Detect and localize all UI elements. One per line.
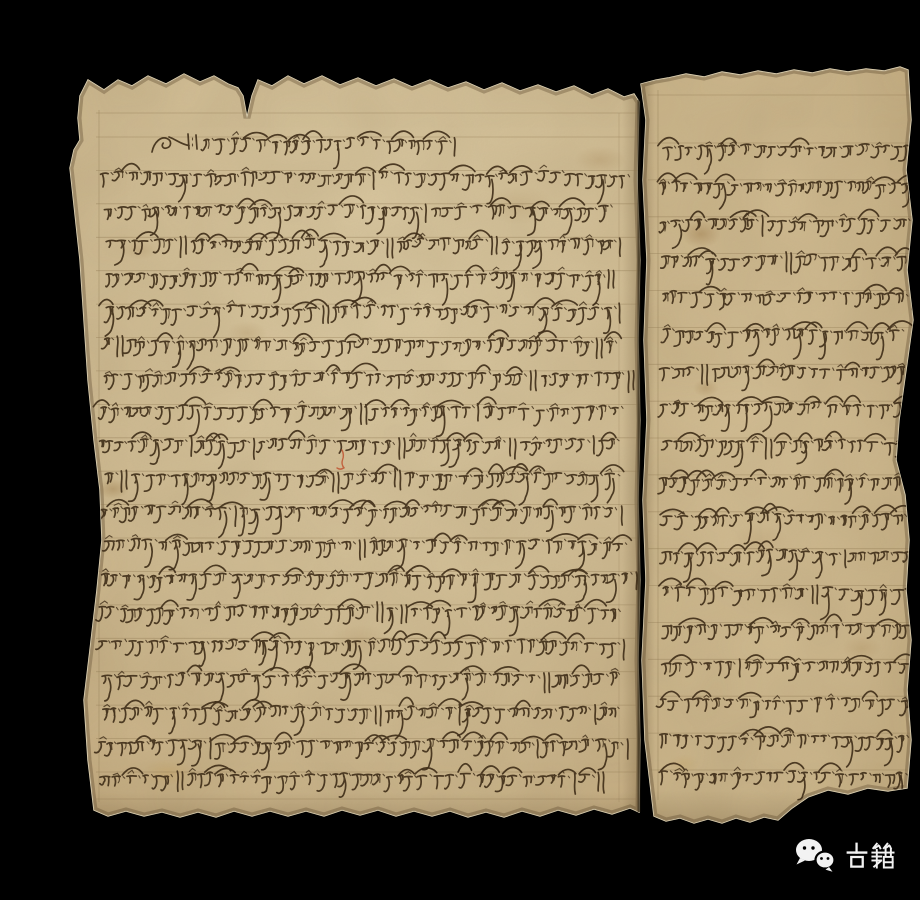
wechat-logo-icon: [796, 839, 835, 872]
manuscript-canvas: [0, 0, 920, 900]
left-folio: [60, 60, 660, 840]
page-seam-line: [638, 100, 641, 812]
page-seam-shadow: [638, 100, 641, 812]
manuscript-photo: 古籍: [0, 0, 920, 900]
right-folio: [638, 60, 920, 840]
